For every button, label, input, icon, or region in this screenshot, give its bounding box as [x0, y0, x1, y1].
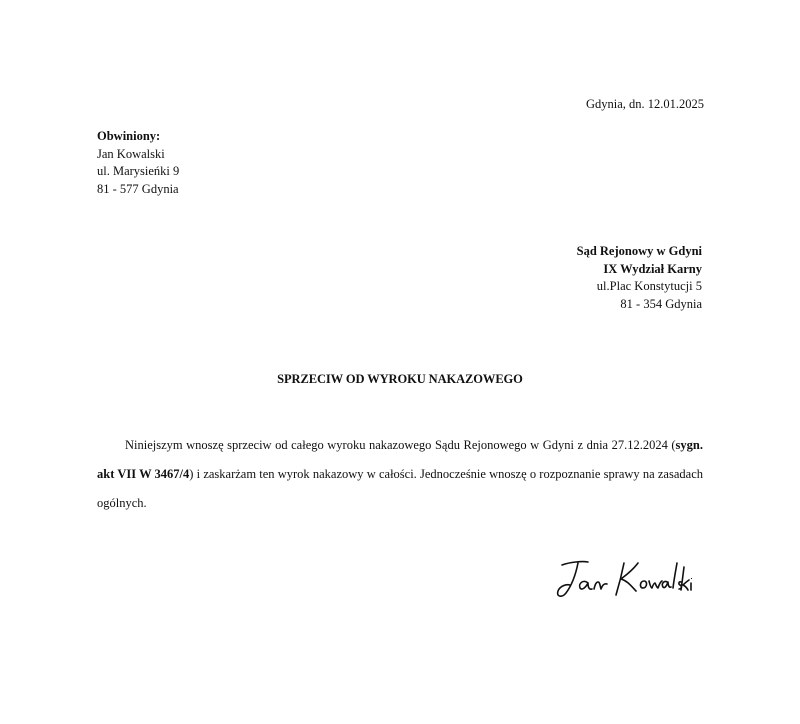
signature-icon — [552, 553, 692, 603]
recipient-block: Sąd Rejonowy w Gdyni IX Wydział Karny ul… — [577, 243, 702, 313]
place-and-date: Gdynia, dn. 12.01.2025 — [586, 96, 704, 113]
recipient-city: 81 - 354 Gdynia — [577, 296, 702, 314]
sender-city: 81 - 577 Gdynia — [97, 181, 179, 199]
sender-label: Obwiniony: — [97, 128, 179, 146]
document-page: Gdynia, dn. 12.01.2025 Obwiniony: Jan Ko… — [0, 0, 800, 724]
recipient-street: ul.Plac Konstytucji 5 — [577, 278, 702, 296]
body-paragraph: Niniejszym wnoszę sprzeciw od całego wyr… — [97, 431, 703, 518]
recipient-court: Sąd Rejonowy w Gdyni — [577, 243, 702, 261]
sender-name: Jan Kowalski — [97, 146, 179, 164]
recipient-division: IX Wydział Karny — [577, 261, 702, 279]
body-text-part1: Niniejszym wnoszę sprzeciw od całego wyr… — [125, 438, 676, 452]
sender-block: Obwiniony: Jan Kowalski ul. Marysieńki 9… — [97, 128, 179, 198]
sender-street: ul. Marysieńki 9 — [97, 163, 179, 181]
document-title: SPRZECIW OD WYROKU NAKAZOWEGO — [0, 372, 800, 387]
